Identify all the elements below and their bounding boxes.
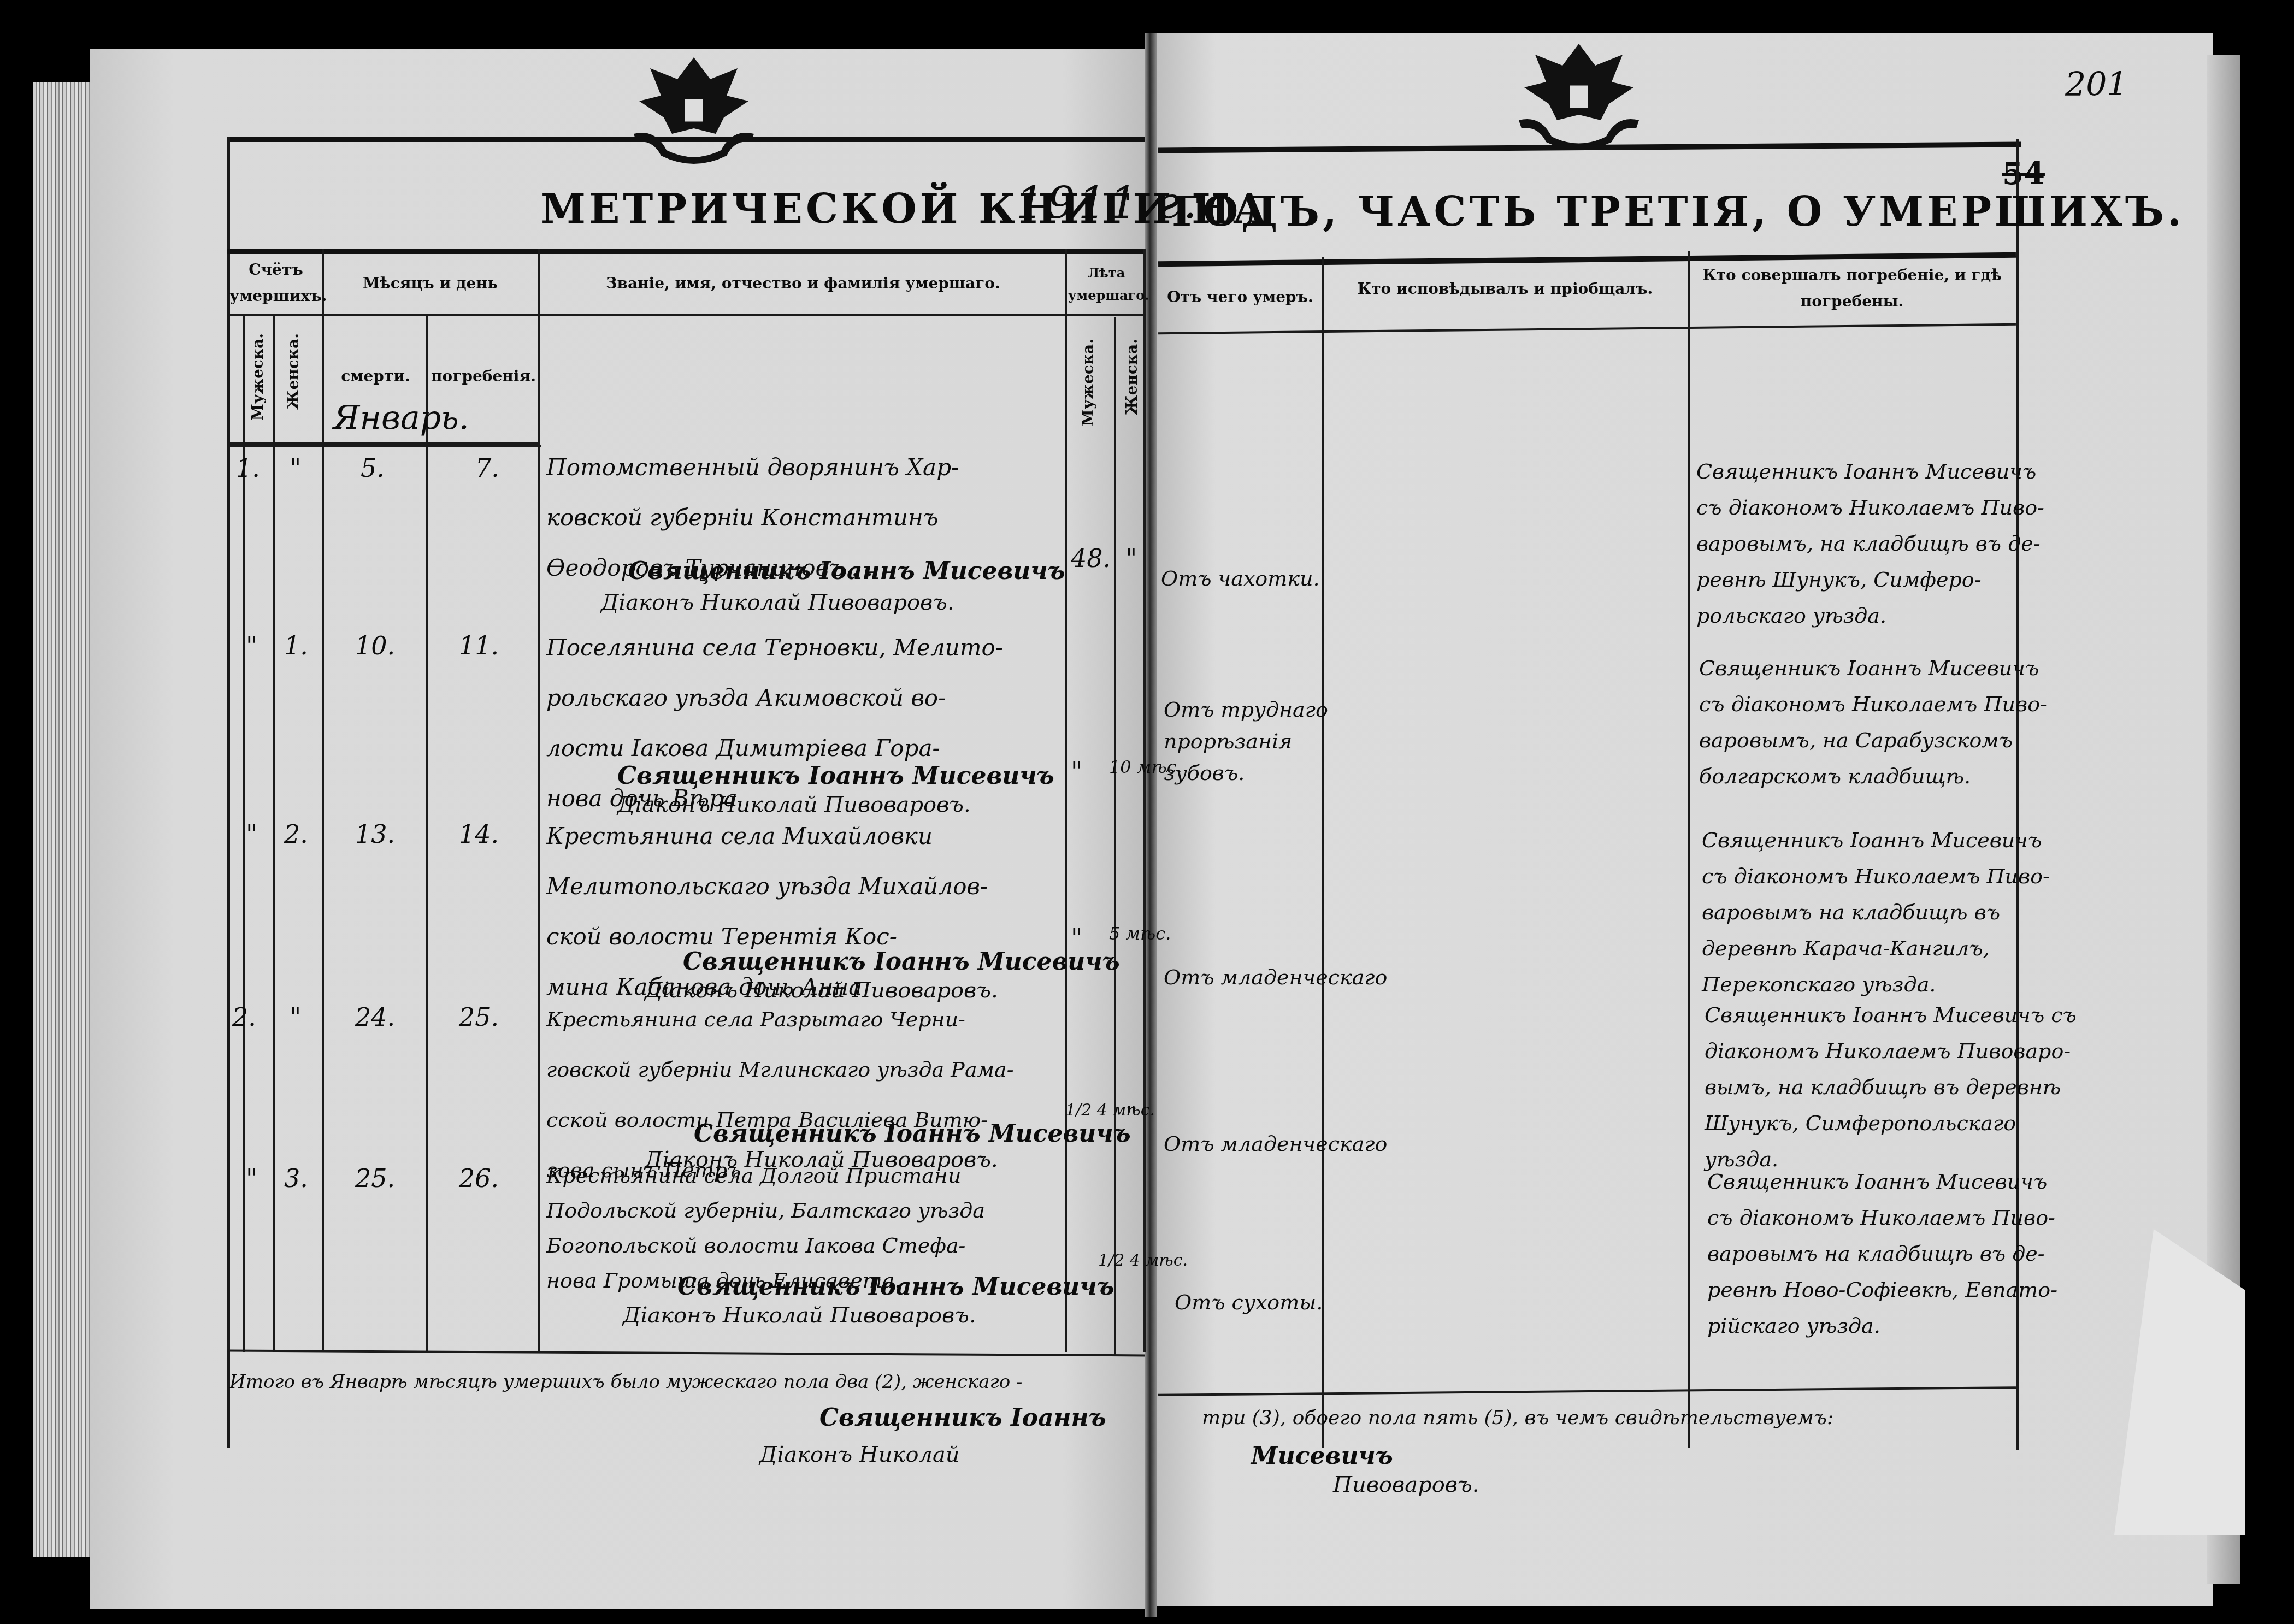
priest-signature: Священникъ Іоаннъ Мисевичъ [683, 948, 1120, 976]
header-confessor: Кто исповѣдывалъ и пріобщалъ. [1325, 276, 1685, 302]
top-border-left [227, 137, 1145, 142]
deacon-signature: Діаконъ Николай Пивоваровъ. [601, 590, 954, 615]
entry-cause: Отъ чахотки. [1161, 563, 1319, 594]
priest-signature: Священникъ Іоаннъ Мисевичъ [617, 762, 1054, 790]
entry-age-male: " [1071, 757, 1082, 786]
header-top-rule-left [227, 249, 1145, 254]
month-label: Январь. [333, 399, 469, 437]
entry-death-day: 24. [355, 1002, 395, 1032]
header-mid-rule-left [227, 314, 1145, 316]
entry-death-day: 10. [355, 631, 395, 660]
priest-signature: Священникъ Іоаннъ Мисевичъ [694, 1120, 1131, 1148]
page-number-handwritten: 201 [2065, 66, 2128, 104]
summary-deacon-signature-left: Діаконъ Николай [759, 1442, 960, 1467]
entry-death-day: 25. [355, 1164, 395, 1193]
header-death: смерти. [325, 363, 426, 389]
page-number-printed-struck: 54 [2002, 156, 2045, 192]
col-line [1143, 249, 1146, 1352]
entry-burial-place: Священникъ Іоаннъ Мисевичъ съ діакономъ … [1702, 822, 2084, 1002]
deacon-signature: Діаконъ Николай Пивоваровъ. [623, 1303, 976, 1328]
entry-age-male: 1/2 4 мѣс. [1065, 1101, 1155, 1120]
double-headed-eagle-icon [1497, 33, 1661, 158]
entry-cause: Отъ младенческаго [1164, 1128, 1387, 1160]
header-name: Званіе, имя, отчество и фамилія умершаго… [541, 270, 1065, 297]
entry-male-no: " [246, 819, 257, 849]
entry-burial-day: 11. [459, 631, 499, 660]
col-line [538, 249, 540, 1352]
imperial-eagle-emblem-left [612, 46, 776, 172]
summary-priest-signature-right: Мисевичъ [1251, 1442, 1393, 1470]
col-line [426, 314, 428, 1352]
col-line [1322, 257, 1324, 1448]
right-page [1153, 33, 2213, 1606]
entry-burial-day: 26. [459, 1164, 499, 1193]
entry-burial-place: Священникъ Іоаннъ Мисевичъ съ діакономъ … [1699, 650, 2081, 794]
priest-signature: Священникъ Іоаннъ Мисевичъ [677, 1273, 1114, 1301]
title-right: ГОДЪ, ЧАСТЬ ТРЕТІЯ, О УМЕРШИХЪ. [1172, 188, 2185, 235]
imperial-eagle-emblem-right [1497, 33, 1661, 158]
book-gutter [1145, 33, 1157, 1617]
entry-death-day: 13. [355, 819, 395, 849]
entry-burial-day: 14. [459, 819, 499, 849]
summary-priest-signature-left: Священникъ Іоаннъ [819, 1404, 1106, 1432]
month-rule [227, 445, 541, 447]
entry-age-male: 48. [1071, 544, 1111, 573]
col-line [1065, 249, 1067, 1352]
entry-female-no: 3. [284, 1164, 308, 1193]
entry-burial-place: Священникъ Іоаннъ Мисевичъ съ діакономъ … [1707, 1164, 2090, 1344]
summary-text-right: три (3), обоего пола пять (5), въ чемъ с… [1202, 1407, 1833, 1429]
entry-female-no: 1. [284, 631, 308, 660]
header-count-female: Женска. [284, 333, 302, 410]
col-line [1114, 317, 1116, 1355]
summary-deacon-signature-right: Пивоваровъ. [1333, 1472, 1479, 1497]
entry-burial-place: Священникъ Іоаннъ Мисевичъ съ діакономъ … [1705, 997, 2087, 1177]
entry-male-no: " [246, 631, 257, 660]
col-line [1688, 251, 1690, 1448]
header-cause: Отъ чего умеръ. [1161, 284, 1319, 310]
entry-female-no: " [290, 1002, 301, 1032]
entry-burial-place: Священникъ Іоаннъ Мисевичъ съ діакономъ … [1696, 453, 2079, 634]
entry-burial-day: 25. [459, 1002, 499, 1032]
header-month-day: Мѣсяцъ и день [325, 270, 535, 297]
entry-burial-day: 7. [475, 453, 499, 483]
header-burier: Кто совершалъ погребеніе, и гдѣ погребен… [1691, 262, 2013, 314]
entry-male-no: 2. [232, 1002, 256, 1032]
entry-cause: Отъ младенческаго [1164, 961, 1387, 993]
book-page-edges [33, 82, 93, 1557]
col-line [273, 314, 275, 1352]
entry-cause: Отъ сухоты. [1175, 1286, 1323, 1318]
header-age-female: Женска. [1123, 339, 1141, 415]
header-age-male: Мужеска. [1079, 339, 1097, 426]
header-age: Лѣта умершаго. [1068, 262, 1145, 307]
entry-age-female: 1/2 4 мѣс. [1098, 1251, 1188, 1270]
priest-signature: Священникъ Іоаннъ Мисевичъ [628, 557, 1065, 585]
entry-male-no: " [246, 1164, 257, 1193]
entry-age-female: 5 мѣс. [1109, 923, 1171, 944]
entry-female-no: 2. [284, 819, 308, 849]
entry-age-female: " [1125, 544, 1137, 573]
header-count-male: Мужеска. [249, 333, 267, 421]
entry-death-day: 5. [361, 453, 385, 483]
entry-female-no: " [290, 453, 301, 483]
header-burial-day: погребенія. [429, 363, 538, 389]
entry-male-no: 1. [236, 453, 260, 483]
summary-text-left: Итого въ Январѣ мѣсяцѣ умершихъ было муж… [229, 1371, 1023, 1393]
col-line [322, 249, 324, 1352]
double-headed-eagle-icon [612, 46, 776, 172]
header-count: Счётъ умершихъ. [229, 257, 322, 309]
left-frame [227, 137, 230, 1448]
entry-cause: Отъ труднаго прорѣзанія зубовъ. [1164, 694, 1328, 789]
